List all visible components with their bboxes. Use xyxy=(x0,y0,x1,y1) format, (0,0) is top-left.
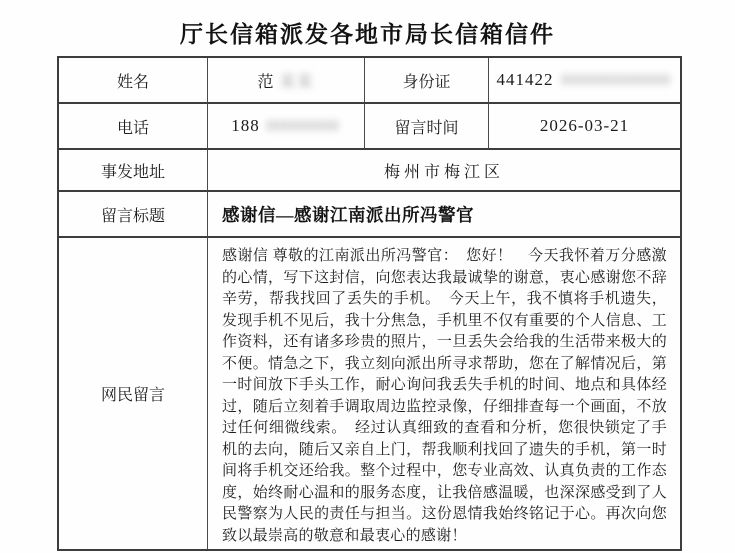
subject-value-cell: 感谢信—感谢江南派出所冯警官 xyxy=(208,192,680,238)
scanned-letter-page: 厅长信箱派发各地市局长信箱信件 姓名 范某某 身份证 4414220000000… xyxy=(0,0,735,553)
phone-value-cell: 18800000000 xyxy=(208,104,365,150)
phone-label-cell: 电话 xyxy=(59,104,208,150)
time-value-cell: 2026-03-21 xyxy=(489,104,680,150)
message-body-text: 感谢信 尊敬的江南派出所冯警官： 您好！ 今天我怀着万分感激的心情，写下这封信，… xyxy=(222,246,667,547)
message-value-cell: 感谢信 尊敬的江南派出所冯警官： 您好！ 今天我怀着万分感激的心情，写下这封信，… xyxy=(208,238,680,549)
page-title: 厅长信箱派发各地市局长信箱信件 xyxy=(0,16,735,49)
name-visible-text: 范 xyxy=(257,69,273,92)
id-label-cell: 身份证 xyxy=(365,58,489,104)
letter-info-table: 姓名 范某某 身份证 441422000000000000 电话 1880000… xyxy=(57,56,682,551)
phone-redaction-blur: 00000000 xyxy=(266,116,339,135)
subject-label-cell: 留言标题 xyxy=(59,192,208,238)
id-redaction-blur: 000000000000 xyxy=(561,70,670,89)
name-redaction-blur: 某某 xyxy=(279,69,314,91)
id-visible-text: 441422 xyxy=(497,70,554,90)
address-label-cell: 事发地址 xyxy=(59,150,208,192)
id-value-cell: 441422000000000000 xyxy=(489,58,680,104)
phone-visible-text: 188 xyxy=(231,116,260,136)
name-value-cell: 范某某 xyxy=(208,58,365,104)
message-label-cell: 网民留言 xyxy=(59,238,208,549)
name-label-cell: 姓名 xyxy=(59,58,208,104)
address-value-cell: 梅州市梅江区 xyxy=(208,150,680,192)
time-label-cell: 留言时间 xyxy=(365,104,489,150)
